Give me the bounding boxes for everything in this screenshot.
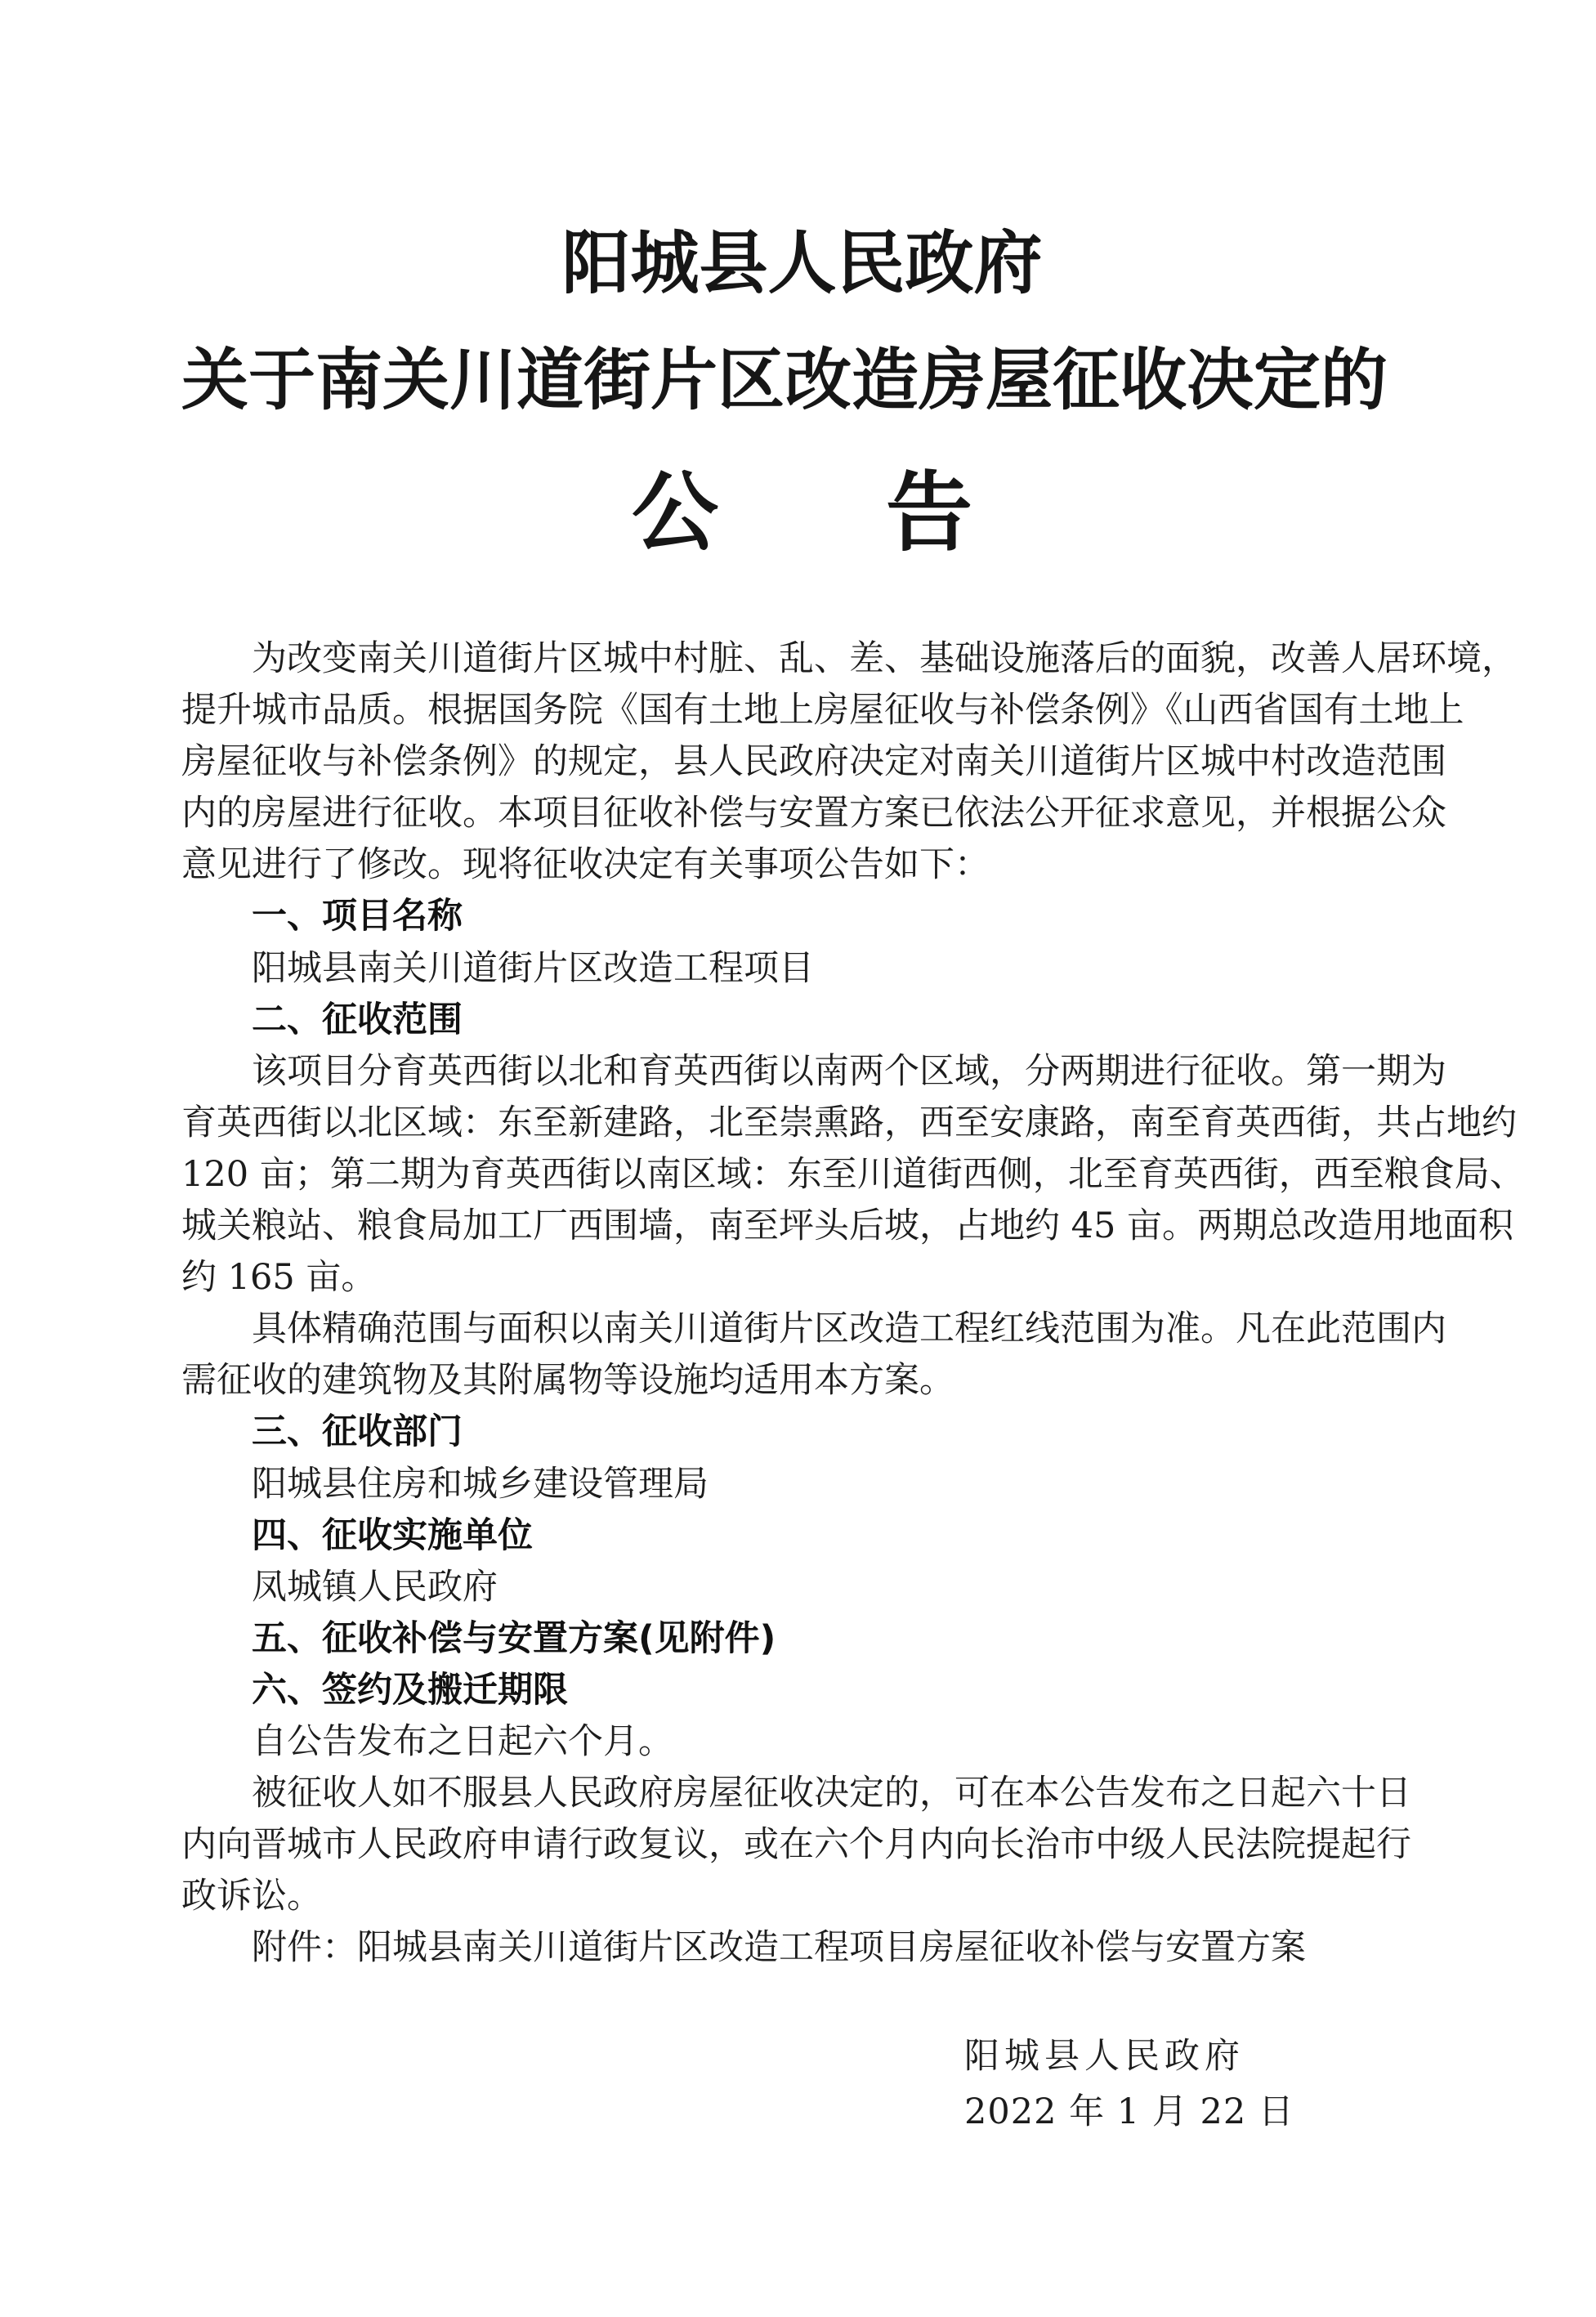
text-line: 内的房屋进行征收。本项目征收补偿与安置方案已依法公开征求意见，并根据公众 [181, 788, 1424, 839]
section-heading: 二、征收范围 [181, 995, 1424, 1046]
document-page: 阳城县人民政府 关于南关川道街片区改造房屋征收决定的 公告 为改变南关川道街片区… [0, 0, 1596, 2317]
title-subject: 关于南关川道街片区改造房屋征收决定的 [181, 347, 1388, 414]
text-line: 城关粮站、粮食局加工厂西围墙，南至坪头后坡，占地约 45 亩。两期总改造用地面积 [181, 1201, 1424, 1252]
text-line: 该项目分育英西街以北和育英西街以南两个区域，分两期进行征收。第一期为 [181, 1046, 1424, 1098]
title-notice: 公告 [0, 469, 1596, 556]
signature-block: 阳城县人民政府 2022 年 1 月 22 日 [964, 2028, 1294, 2140]
title-issuer: 阳城县人民政府 [0, 229, 1596, 297]
signature-organization: 阳城县人民政府 [964, 2028, 1294, 2084]
text-line: 凤城镇人民政府 [181, 1562, 1424, 1613]
text-line: 阳城县南关川道街片区改造工程项目 [181, 943, 1424, 995]
text-line: 内向晋城市人民政府申请行政复议，或在六个月内向长治市中级人民法院提起行 [181, 1819, 1424, 1871]
text-line: 被征收人如不服县人民政府房屋征收决定的，可在本公告发布之日起六十日 [181, 1768, 1424, 1819]
text-line: 具体精确范围与面积以南关川道街片区改造工程红线范围为准。凡在此范围内 [181, 1304, 1424, 1355]
intro-paragraph: 为改变南关川道街片区城中村脏、乱、差、基础设施落后的面貌，改善人居环境， 提升城… [181, 633, 1424, 891]
text-line: 约 165 亩。 [181, 1252, 1424, 1304]
section-department: 三、征收部门 阳城县住房和城乡建设管理局 [181, 1407, 1424, 1510]
section-signing-deadline: 六、签约及搬迁期限 自公告发布之日起六个月。 被征收人如不服县人民政府房屋征收决… [181, 1665, 1424, 1922]
text-line: 意见进行了修改。现将征收决定有关事项公告如下： [181, 839, 1424, 891]
section-heading: 三、征收部门 [181, 1407, 1424, 1458]
section-project-name: 一、项目名称 阳城县南关川道街片区改造工程项目 [181, 891, 1424, 994]
section-heading: 一、项目名称 [181, 891, 1424, 942]
text-line: 育英西街以北区域：东至新建路，北至崇熏路，西至安康路，南至育英西街，共占地约 [181, 1098, 1424, 1149]
section-heading: 四、征收实施单位 [181, 1510, 1424, 1562]
signature-date: 2022 年 1 月 22 日 [964, 2084, 1294, 2140]
text-line: 120 亩；第二期为育英西街以南区域：东至川道街西侧，北至育英西街，西至粮食局、 [181, 1149, 1424, 1201]
section-heading: 六、签约及搬迁期限 [181, 1665, 1424, 1716]
text-line: 为改变南关川道街片区城中村脏、乱、差、基础设施落后的面貌，改善人居环境， [181, 633, 1424, 685]
section-heading: 五、征收补偿与安置方案(见附件) [181, 1613, 1424, 1665]
section-scope: 二、征收范围 该项目分育英西街以北和育英西街以南两个区域，分两期进行征收。第一期… [181, 995, 1424, 1407]
text-line: 需征收的建筑物及其附属物等设施均适用本方案。 [181, 1355, 1424, 1407]
text-line: 政诉讼。 [181, 1871, 1424, 1922]
attachment-note: 附件：阳城县南关川道街片区改造工程项目房屋征收补偿与安置方案 [181, 1922, 1424, 1974]
document-body: 为改变南关川道街片区城中村脏、乱、差、基础设施落后的面貌，改善人居环境， 提升城… [181, 633, 1424, 1974]
text-line: 房屋征收与补偿条例》的规定，县人民政府决定对南关川道街片区城中村改造范围 [181, 736, 1424, 788]
text-line: 提升城市品质。根据国务院《国有土地上房屋征收与补偿条例》《山西省国有土地上 [181, 685, 1424, 736]
text-line: 自公告发布之日起六个月。 [181, 1716, 1424, 1768]
section-implementing-unit: 四、征收实施单位 凤城镇人民政府 [181, 1510, 1424, 1613]
section-compensation-plan: 五、征收补偿与安置方案(见附件) [181, 1613, 1424, 1665]
text-line: 阳城县住房和城乡建设管理局 [181, 1459, 1424, 1510]
